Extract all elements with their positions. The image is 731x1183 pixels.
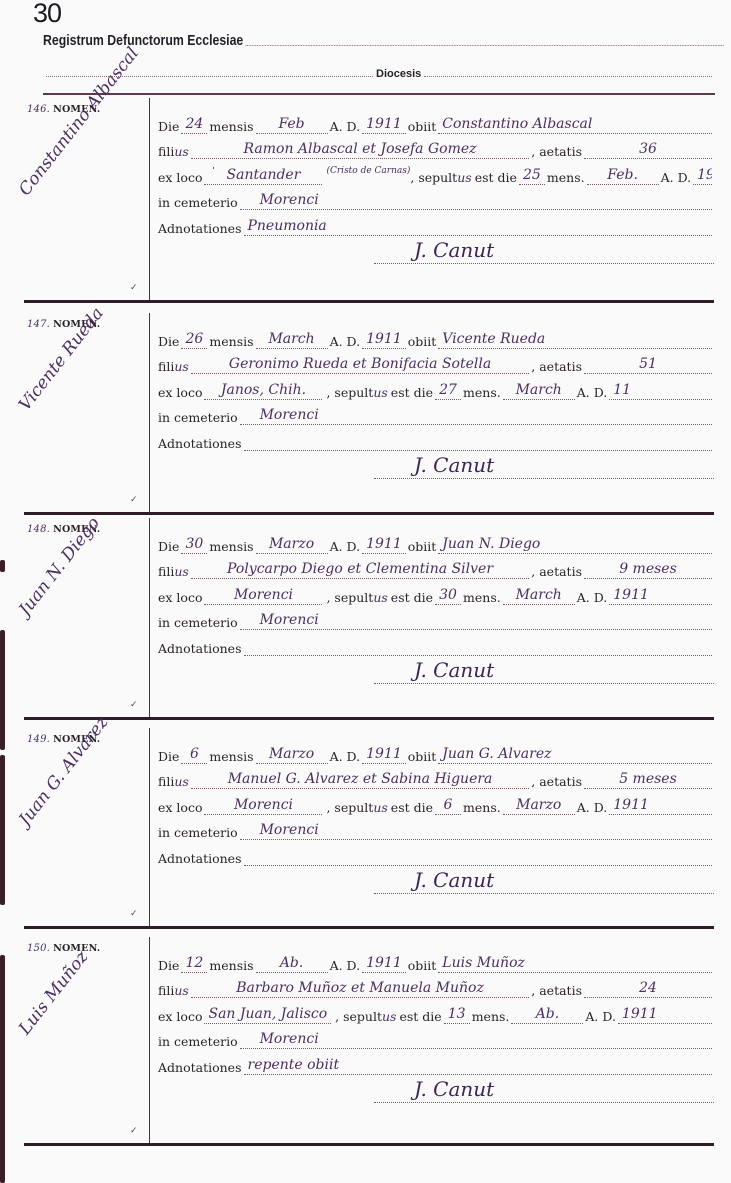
age-field[interactable]: 51 (584, 356, 712, 374)
entry-margin: 150.NOMEN. Luis Muñoz ✓ (24, 937, 148, 1144)
check-mark-icon: ✓ (130, 909, 138, 919)
burial-ad-label: A. D. (585, 1009, 616, 1024)
page-number: 30 (33, 0, 61, 27)
annotations-label: Adnotationes (158, 851, 242, 866)
cemetery-field[interactable]: Morenci (240, 822, 712, 840)
cemetery-field[interactable]: Morenci (240, 1031, 712, 1049)
priest-signature: J. Canut (374, 237, 714, 264)
parents-field[interactable]: Barbaro Muñoz et Manuela Muñoz (191, 980, 529, 998)
cemetery-line: in cemeterio Morenci (158, 400, 714, 426)
age-field[interactable]: 24 (584, 980, 712, 998)
binding-mark (0, 630, 5, 750)
origin-burial-line: ex loco Morenci , sepultus est die 6 men… (158, 789, 714, 815)
entry-bottom-rule (24, 926, 714, 929)
death-day-field[interactable]: 26 (181, 331, 207, 349)
annotations-field[interactable] (244, 865, 713, 866)
origin-field[interactable]: Janos, Chih. (204, 382, 322, 400)
filius-label: filius (158, 359, 189, 374)
mens-label: mens. (463, 385, 501, 400)
sepultus-label: , sepultus (326, 385, 387, 400)
cemetery-label: in cemeterio (158, 410, 238, 425)
origin-field[interactable]: Morenci (204, 587, 322, 605)
entry-bottom-rule (24, 717, 714, 720)
binding-mark (0, 755, 5, 905)
obiit-label: obiit (408, 958, 437, 973)
burial-day-field[interactable]: 25 (519, 167, 545, 185)
origin-burial-line: ex loco Janos, Chih. , sepultus est die … (158, 374, 714, 400)
priest-signature: J. Canut (374, 867, 714, 894)
origin-above-note: provincia (212, 167, 255, 174)
burial-year-field[interactable]: 1911 (618, 1006, 712, 1024)
origin-burial-line: ex loco San Juan, Jalisco , sepultus est… (158, 998, 714, 1024)
aetatis-label: , aetatis (531, 983, 582, 998)
diocesis-field[interactable] (46, 76, 373, 77)
burial-year-field[interactable]: 1911 (609, 587, 712, 605)
annotations-line: Adnotationes Pneumonia (158, 210, 714, 236)
death-month-field[interactable]: Ab. (256, 955, 328, 973)
filius-label: filius (158, 564, 189, 579)
cemetery-field[interactable]: Morenci (240, 407, 712, 425)
cemetery-label: in cemeterio (158, 615, 238, 630)
check-mark-icon: ✓ (130, 495, 138, 505)
origin-burial-line: ex loco provinciaSantander (Cristo de Ca… (158, 159, 714, 185)
entry-margin: 148.NOMEN. Juan N. Diego ✓ (24, 518, 148, 718)
death-month-field[interactable]: March (256, 331, 328, 349)
diocesis-field-right[interactable] (424, 76, 712, 77)
register-title: Registrum Defunctorum Ecclesiae (43, 32, 724, 49)
church-name-field[interactable] (246, 45, 724, 46)
column-divider (149, 518, 150, 718)
ex-loco-label: ex loco (158, 1009, 202, 1024)
burial-month-field[interactable]: Ab. (511, 1006, 583, 1024)
annotations-label: Adnotationes (158, 221, 242, 236)
death-date-line: Die 24 mensis Feb A. D. 1911 obiit Const… (158, 108, 714, 134)
aetatis-label: , aetatis (531, 774, 582, 789)
mensis-label: mensis (209, 539, 253, 554)
annotations-line: Adnotationes repente obiit (158, 1049, 714, 1075)
ex-loco-label: ex loco (158, 170, 202, 185)
header-rule (43, 93, 715, 95)
annotations-field[interactable]: repente obiit (244, 1057, 713, 1075)
death-year-field[interactable]: 1911 (362, 955, 406, 973)
binding-mark (0, 560, 5, 572)
burial-ad-label: A. D. (661, 170, 692, 185)
burial-year-field[interactable]: 1911 (693, 167, 712, 185)
burial-month-field[interactable]: March (503, 382, 575, 400)
sepultus-label: , sepultus (326, 800, 387, 815)
parents-line: filius Barbaro Muñoz et Manuela Muñoz , … (158, 973, 714, 999)
burial-year-field[interactable]: 1911 (609, 797, 712, 815)
ad-label: A. D. (330, 334, 361, 349)
est-die-label: est die (399, 1009, 441, 1024)
death-day-field[interactable]: 30 (181, 536, 207, 554)
entry-margin: 146.NOMEN. Constantino Albascal ✓ (24, 98, 148, 301)
entry-number: 147. (27, 319, 50, 330)
signature-line: J. Canut (158, 236, 714, 264)
ad-label: A. D. (330, 749, 361, 764)
death-month-field[interactable]: Feb (256, 116, 328, 134)
deceased-name-field[interactable]: Vicente Rueda (438, 331, 712, 349)
mensis-label: mensis (209, 119, 253, 134)
entry-number: 149. (27, 734, 50, 745)
entry-bottom-rule (24, 512, 714, 515)
deceased-name-field[interactable]: Luis Muñoz (438, 955, 712, 973)
mens-label: mens. (463, 590, 501, 605)
death-year-field[interactable]: 1911 (362, 746, 406, 764)
parents-field[interactable]: Polycarpo Diego et Clementina Silver (191, 561, 529, 579)
burial-month-field[interactable]: March (503, 587, 575, 605)
burial-day-field[interactable]: 13 (444, 1006, 470, 1024)
die-label: Die (158, 119, 179, 134)
cemetery-label: in cemeterio (158, 825, 238, 840)
death-record-entry: 147.NOMEN. Vicente Rueda ✓ Die 26 mensis… (24, 313, 714, 513)
burial-year-field[interactable]: 11 (609, 382, 712, 400)
annotations-label: Adnotationes (158, 1060, 242, 1075)
deceased-name-field[interactable]: Constantino Albascal (438, 116, 712, 134)
ad-label: A. D. (330, 539, 361, 554)
obiit-label: obiit (408, 749, 437, 764)
death-day-field[interactable]: 12 (181, 955, 207, 973)
age-field[interactable]: 36 (584, 141, 712, 159)
annotations-line: Adnotationes (158, 630, 714, 656)
death-year-field[interactable]: 1911 (362, 331, 406, 349)
burial-ad-label: A. D. (577, 385, 608, 400)
aetatis-label: , aetatis (531, 144, 582, 159)
annotations-field[interactable] (244, 450, 713, 451)
annotations-label: Adnotationes (158, 436, 242, 451)
origin-field[interactable]: San Juan, Jalisco (204, 1006, 331, 1024)
death-day-field[interactable]: 6 (181, 746, 207, 764)
entry-number: 148. (27, 524, 50, 535)
death-month-field[interactable]: Marzo (256, 536, 328, 554)
ex-loco-label: ex loco (158, 385, 202, 400)
signature-line: J. Canut (158, 451, 714, 479)
cemetery-line: in cemeterio Morenci (158, 815, 714, 841)
ad-label: A. D. (330, 958, 361, 973)
binding-mark (0, 955, 5, 1183)
mens-label: mens. (463, 800, 501, 815)
signature-line: J. Canut (158, 1075, 714, 1103)
aetatis-label: , aetatis (531, 564, 582, 579)
die-label: Die (158, 539, 179, 554)
death-date-line: Die 30 mensis Marzo A. D. 1911 obiit Jua… (158, 528, 714, 554)
annotations-label: Adnotationes (158, 641, 242, 656)
parents-line: filius Ramon Albascal et Josefa Gomez , … (158, 134, 714, 160)
est-die-label: est die (475, 170, 517, 185)
cemetery-line: in cemeterio Morenci (158, 1024, 714, 1050)
annotations-field[interactable] (244, 655, 713, 656)
death-year-field[interactable]: 1911 (362, 116, 406, 134)
cemetery-field[interactable]: Morenci (240, 612, 712, 630)
signature-line: J. Canut (158, 656, 714, 684)
mensis-label: mensis (209, 958, 253, 973)
filius-label: filius (158, 144, 189, 159)
column-divider (149, 98, 150, 301)
column-divider (149, 937, 150, 1144)
death-month-field[interactable]: Marzo (256, 746, 328, 764)
parents-line: filius Polycarpo Diego et Clementina Sil… (158, 554, 714, 580)
mensis-label: mensis (209, 334, 253, 349)
obiit-label: obiit (408, 334, 437, 349)
entry-form: Die 24 mensis Feb A. D. 1911 obiit Const… (158, 108, 714, 264)
deceased-name-field[interactable]: Juan G. Alvarez (438, 746, 712, 764)
origin-field[interactable]: Morenci (204, 797, 322, 815)
filius-label: filius (158, 774, 189, 789)
column-divider (149, 728, 150, 927)
ad-label: A. D. (330, 119, 361, 134)
burial-month-field[interactable]: Feb. (587, 167, 659, 185)
death-record-entry: 148.NOMEN. Juan N. Diego ✓ Die 30 mensis… (24, 518, 714, 718)
death-date-line: Die 26 mensis March A. D. 1911 obiit Vic… (158, 323, 714, 349)
mensis-label: mensis (209, 749, 253, 764)
burial-ad-label: A. D. (577, 800, 608, 815)
cemetery-line: in cemeterio Morenci (158, 185, 714, 211)
death-year-field[interactable]: 1911 (362, 536, 406, 554)
entry-number: 146. (27, 104, 50, 115)
annotations-field[interactable]: Pneumonia (244, 218, 713, 236)
obiit-label: obiit (408, 539, 437, 554)
check-mark-icon: ✓ (130, 283, 138, 293)
register-title-text: Registrum Defunctorum Ecclesiae (43, 32, 243, 49)
death-record-entry: 149.NOMEN. Juan G. Alvarez ✓ Die 6 mensi… (24, 728, 714, 927)
signature-line: J. Canut (158, 866, 714, 894)
origin-burial-line: ex loco Morenci , sepultus est die 30 me… (158, 579, 714, 605)
death-record-entry: 146.NOMEN. Constantino Albascal ✓ Die 24… (24, 98, 714, 301)
diocesis-row: Diocesis (43, 68, 715, 80)
age-field[interactable]: 5 meses (584, 771, 712, 789)
mens-label: mens. (547, 170, 585, 185)
sepultus-label: , sepultus (326, 590, 387, 605)
sepultus-label: , sepultus (335, 1009, 396, 1024)
diocesis-label: Diocesis (376, 68, 421, 80)
cemetery-label: in cemeterio (158, 1034, 238, 1049)
entry-form: Die 6 mensis Marzo A. D. 1911 obiit Juan… (158, 738, 714, 894)
entry-bottom-rule (24, 300, 714, 303)
entry-form: Die 26 mensis March A. D. 1911 obiit Vic… (158, 323, 714, 479)
origin-note: (Cristo de Carnas) (326, 166, 410, 176)
entry-number: 150. (27, 943, 50, 954)
parents-field[interactable]: Ramon Albascal et Josefa Gomez (191, 141, 529, 159)
annotations-line: Adnotationes (158, 425, 714, 451)
burial-day-field[interactable]: 30 (435, 587, 461, 605)
mens-label: mens. (472, 1009, 510, 1024)
parents-field[interactable]: Geronimo Rueda et Bonifacia Sotella (191, 356, 529, 374)
death-date-line: Die 6 mensis Marzo A. D. 1911 obiit Juan… (158, 738, 714, 764)
cemetery-line: in cemeterio Morenci (158, 605, 714, 631)
burial-month-field[interactable]: Marzo (503, 797, 575, 815)
die-label: Die (158, 958, 179, 973)
priest-signature: J. Canut (374, 1076, 714, 1103)
origin-field[interactable]: provinciaSantander (204, 167, 322, 185)
burial-day-field[interactable]: 6 (435, 797, 461, 815)
parents-line: filius Geronimo Rueda et Bonifacia Sotel… (158, 349, 714, 375)
ex-loco-label: ex loco (158, 800, 202, 815)
death-record-entry: 150.NOMEN. Luis Muñoz ✓ Die 12 mensis Ab… (24, 937, 714, 1144)
death-day-field[interactable]: 24 (181, 116, 207, 134)
sepultus-label: , sepultus (410, 170, 471, 185)
filius-label: filius (158, 983, 189, 998)
age-field[interactable]: 9 meses (584, 561, 712, 579)
priest-signature: J. Canut (374, 657, 714, 684)
annotations-line: Adnotationes (158, 840, 714, 866)
column-divider (149, 313, 150, 513)
die-label: Die (158, 749, 179, 764)
entry-form: Die 12 mensis Ab. A. D. 1911 obiit Luis … (158, 947, 714, 1103)
check-mark-icon: ✓ (130, 700, 138, 710)
die-label: Die (158, 334, 179, 349)
burial-ad-label: A. D. (577, 590, 608, 605)
entry-margin: 149.NOMEN. Juan G. Alvarez ✓ (24, 728, 148, 927)
ex-loco-label: ex loco (158, 590, 202, 605)
deceased-name-field[interactable]: Juan N. Diego (438, 536, 712, 554)
entry-form: Die 30 mensis Marzo A. D. 1911 obiit Jua… (158, 528, 714, 684)
est-die-label: est die (391, 590, 433, 605)
death-date-line: Die 12 mensis Ab. A. D. 1911 obiit Luis … (158, 947, 714, 973)
parents-line: filius Manuel G. Alvarez et Sabina Higue… (158, 764, 714, 790)
cemetery-field[interactable]: Morenci (240, 192, 712, 210)
est-die-label: est die (391, 800, 433, 815)
obiit-label: obiit (408, 119, 437, 134)
est-die-label: est die (391, 385, 433, 400)
entry-bottom-rule (24, 1143, 714, 1146)
aetatis-label: , aetatis (531, 359, 582, 374)
entry-margin: 147.NOMEN. Vicente Rueda ✓ (24, 313, 148, 513)
priest-signature: J. Canut (374, 452, 714, 479)
check-mark-icon: ✓ (130, 1126, 138, 1136)
parents-field[interactable]: Manuel G. Alvarez et Sabina Higuera (191, 771, 529, 789)
burial-day-field[interactable]: 27 (435, 382, 461, 400)
cemetery-label: in cemeterio (158, 195, 238, 210)
